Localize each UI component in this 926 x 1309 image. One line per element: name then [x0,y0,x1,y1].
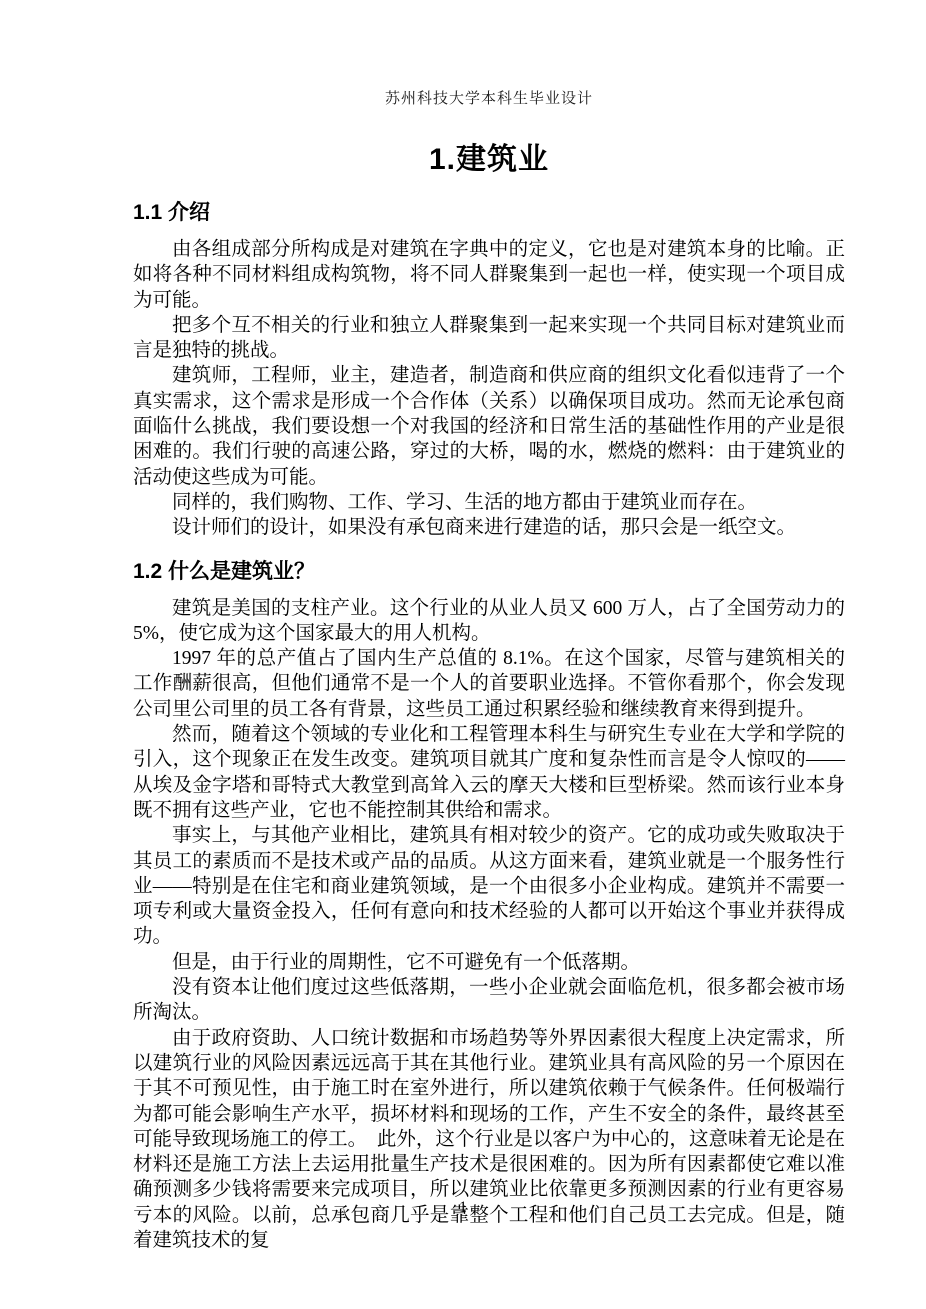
document-title: 1.建筑业 [133,0,845,182]
page-number: 1 [459,1199,467,1216]
paragraph: 由各组成部分所构成是对建筑在字典中的定义，它也是对建筑本身的比喻。正如将各种不同… [133,237,845,313]
document-page: 苏州科技大学本科生毕业设计 1.建筑业 1.1 介绍 由各组成部分所构成是对建筑… [0,0,926,1309]
paragraph: 把多个互不相关的行业和独立人群聚集到一起来实现一个共同目标对建筑业而言是独特的挑… [133,313,845,364]
paragraph: 建筑是美国的支柱产业。这个行业的从业人员又 600 万人，占了全国劳动力的 5%… [133,596,845,647]
paragraph: 但是，由于行业的周期性，它不可避免有一个低落期。 [133,950,845,975]
paragraph: 事实上，与其他产业相比，建筑具有相对较少的资产。它的成功或失败取决于其员工的素质… [133,823,845,949]
paragraph: 同样的，我们购物、工作、学习、生活的地方都由于建筑业而存在。 [133,490,845,515]
paragraph: 1997 年的总产值占了国内生产总值的 8.1%。在这个国家，尽管与建筑相关的工… [133,646,845,722]
paragraph: 建筑师，工程师，业主，建造者，制造商和供应商的组织文化看似违背了一个真实需求，这… [133,363,845,489]
paragraph: 然而，随着这个领域的专业化和工程管理本科生与研究生专业在大学和学院的引入，这个现… [133,722,845,823]
paragraph: 由于政府资助、人口统计数据和市场趋势等外界因素很大程度上决定需求，所以建筑行业的… [133,1026,845,1254]
section-1-1-heading: 1.1 介绍 [133,199,845,227]
document-content: 1.建筑业 1.1 介绍 由各组成部分所构成是对建筑在字典中的定义，它也是对建筑… [133,0,845,1253]
paragraph: 没有资本让他们度过这些低落期，一些小企业就会面临危机，很多都会被市场所淘汰。 [133,975,845,1026]
page-footer: 1 [0,1199,926,1217]
paragraph: 设计师们的设计，如果没有承包商来进行建造的话，那只会是一纸空文。 [133,515,845,540]
section-1-2-heading: 1.2 什么是建筑业？ [133,558,845,586]
